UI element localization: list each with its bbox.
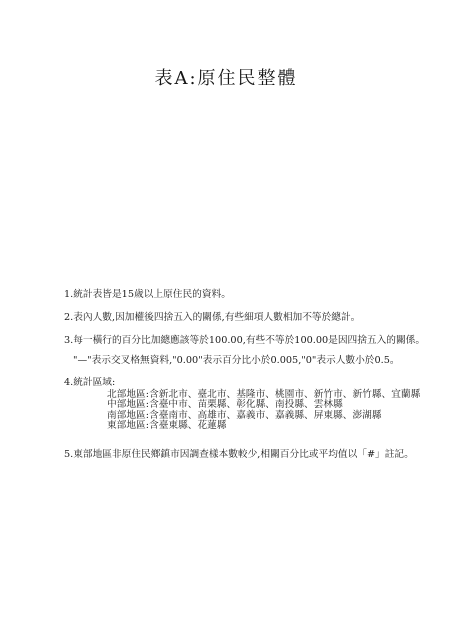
note-2-rounding-totals: 2.表內人數,因加權後四捨五入的關係,有些細項人數相加不等於總計。 xyxy=(64,312,360,323)
note-3-symbol-legend: "—"表示交叉格無資料,"0.00"表示百分比小於0.005,"0"表示人數小於… xyxy=(73,355,400,366)
note-3-percent-sum: 3.每一橫行的百分比加總應該等於100.00,有些不等於100.00是因四捨五入… xyxy=(64,335,425,346)
region-list: 北部地區:含新北市、臺北市、基隆市、桃園市、新竹市、新竹縣、宜蘭縣 中部地區:含… xyxy=(107,390,420,431)
note-5-east-annotation: 5.東部地區非原住民鄉鎮市因調查樣本數較少,相關百分比或平均值以「#」註記。 xyxy=(64,449,414,460)
page-title: 表A:原住民整體 xyxy=(0,64,452,90)
region-east: 東部地區:含臺東縣、花蓮縣 xyxy=(107,421,420,431)
document-page: 表A:原住民整體 1.統計表皆是15歲以上原住民的資料。 2.表內人數,因加權後… xyxy=(0,0,452,640)
note-1-data-scope: 1.統計表皆是15歲以上原住民的資料。 xyxy=(64,289,231,300)
note-4-region-header: 4.統計區域: xyxy=(64,377,115,388)
